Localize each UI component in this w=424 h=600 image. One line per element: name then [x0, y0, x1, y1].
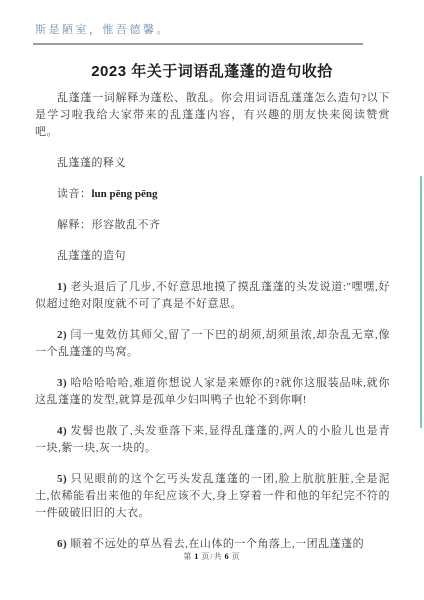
footer-total-pages: 6 — [225, 552, 230, 561]
sentence-text: 发髻也散了,头发垂落下来,显得乱蓬蓬的,两人的小脸儿也是青一块,紫一块,灰一块的… — [35, 425, 390, 454]
header-quote: 斯是陋室，惟吾德馨。 — [35, 21, 170, 37]
definition-line: 解释：形容散乱不齐 — [35, 217, 390, 234]
sentence-item-1: 1)老头退后了几步,不好意思地摸了摸乱蓬蓬的头发说道:"嘿嘿,好似超过绝对限度就… — [35, 279, 390, 313]
scrollbar-thumb[interactable] — [420, 176, 422, 428]
header-divider-line — [33, 43, 363, 45]
section-heading-usage: 乱蓬蓬的造句 — [35, 248, 390, 265]
sentence-number: 4) — [57, 425, 67, 437]
sentence-text: 哈哈哈哈哈,难道你想说人家是来嫖你的?就你这服装品味,就你这乱蓬蓬的发型,就算是… — [35, 377, 390, 406]
document-title: 2023 年关于词语乱蓬蓬的造句收拾 — [0, 60, 424, 81]
sentence-text: 只见眼前的这个乞丐头发乱蓬蓬的一团,脸上肮肮脏脏,全是泥土,依稀能看出来他的年纪… — [35, 473, 390, 519]
footer-separator: 页/共 — [201, 551, 222, 562]
sentence-item-5: 5)只见眼前的这个乞丐头发乱蓬蓬的一团,脸上肮肮脏脏,全是泥土,依稀能看出来他的… — [35, 471, 390, 522]
sentence-number: 5) — [57, 473, 67, 485]
pronunciation-line: 读音：lun pēng pēng — [35, 186, 390, 203]
sentence-number: 6) — [57, 538, 67, 550]
document-page: 斯是陋室，惟吾德馨。 2023 年关于词语乱蓬蓬的造句收拾 乱蓬蓬一词解释为蓬松… — [0, 0, 424, 600]
sentence-text: 老头退后了几步,不好意思地摸了摸乱蓬蓬的头发说道:"嘿嘿,好似超过绝对限度就不可… — [35, 281, 390, 310]
sentence-item-4: 4)发髻也散了,头发垂落下来,显得乱蓬蓬的,两人的小脸儿也是青一块,紫一块,灰一… — [35, 423, 390, 457]
footer-current-page: 1 — [194, 552, 199, 561]
definition-value: 形容散乱不齐 — [92, 219, 161, 231]
pronunciation-value: lun pēng pēng — [92, 188, 158, 200]
sentence-item-3: 3)哈哈哈哈哈,难道你想说人家是来嫖你的?就你这服装品味,就你这乱蓬蓬的发型,就… — [35, 375, 390, 409]
intro-paragraph: 乱蓬蓬一词解释为蓬松、散乱。你会用词语乱蓬蓬怎么造句?以下是学习啦我给大家带来的… — [35, 90, 390, 141]
definition-label: 解释： — [57, 219, 92, 231]
sentence-number: 1) — [57, 281, 67, 293]
page-footer: 第1页/共6页 — [0, 551, 424, 562]
sentence-text: 顺着不远处的草丛看去,在山体的一个角落上,一团乱蓬蓬的 — [70, 538, 364, 550]
pronunciation-label: 读音： — [57, 188, 92, 200]
sentence-number: 2) — [57, 329, 67, 341]
section-heading-definition: 乱蓬蓬的释义 — [35, 155, 390, 172]
sentence-text: 闫一鬼效仿其师父,留了一下巴的胡须,胡须虽浓,却杂乱无章,像一个乱蓬蓬的鸟窝。 — [35, 329, 390, 358]
document-body: 乱蓬蓬一词解释为蓬松、散乱。你会用词语乱蓬蓬怎么造句?以下是学习啦我给大家带来的… — [35, 90, 390, 567]
sentence-number: 3) — [57, 377, 67, 389]
footer-prefix: 第 — [183, 551, 192, 562]
sentence-item-2: 2)闫一鬼效仿其师父,留了一下巴的胡须,胡须虽浓,却杂乱无章,像一个乱蓬蓬的鸟窝… — [35, 327, 390, 361]
footer-suffix: 页 — [232, 551, 241, 562]
